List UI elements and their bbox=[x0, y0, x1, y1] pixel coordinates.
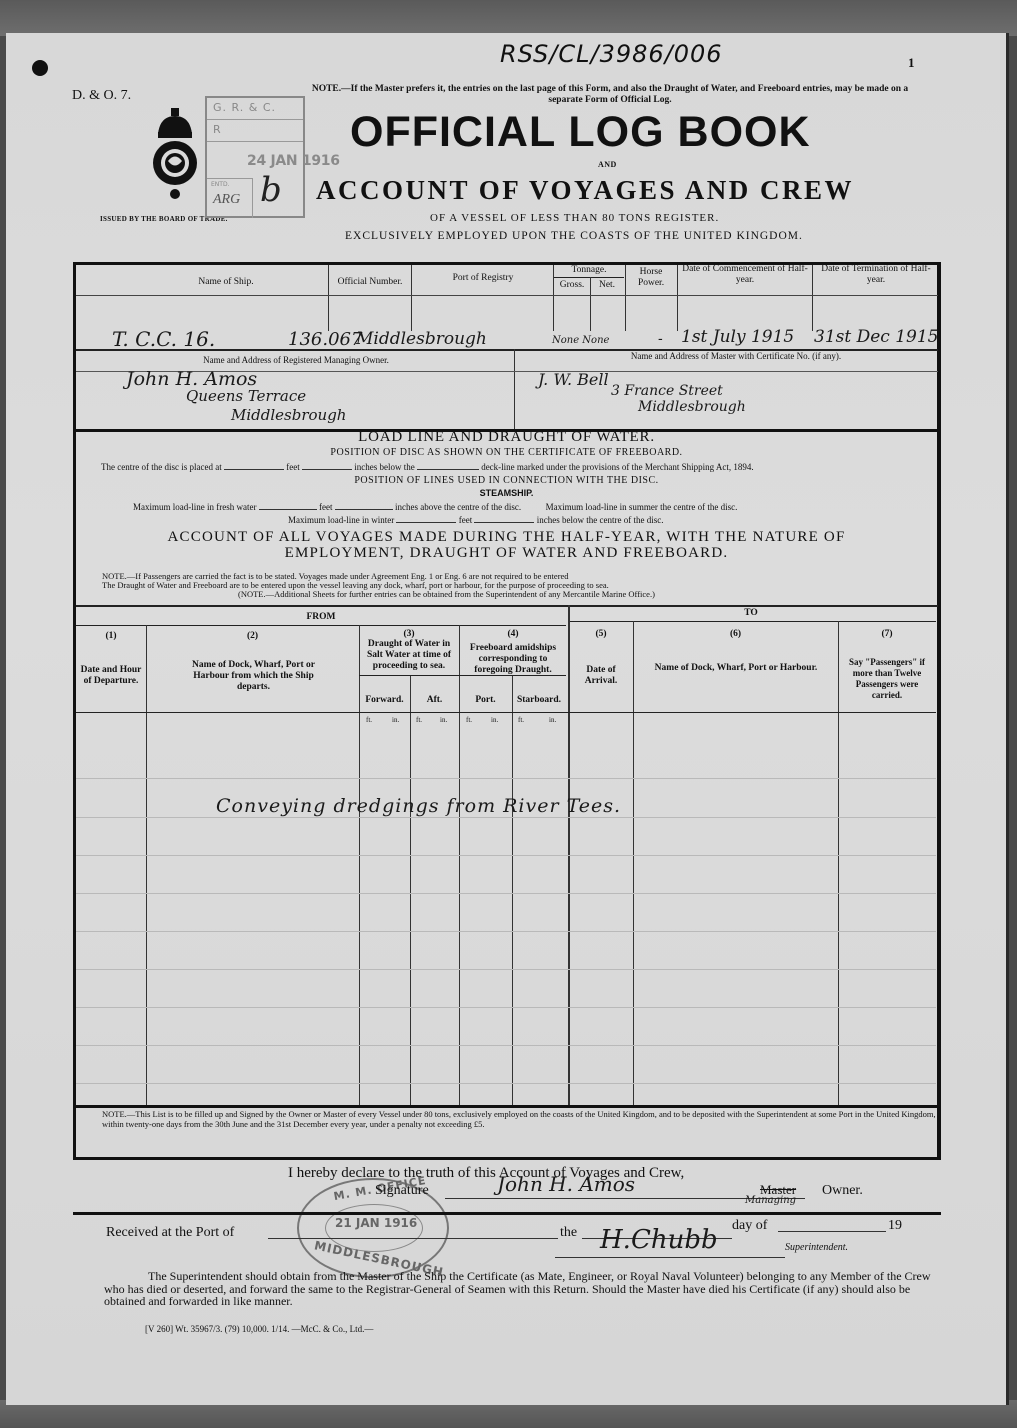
value-tonnage: None None bbox=[552, 335, 609, 346]
subcol-forward: Forward. bbox=[359, 695, 410, 706]
divider bbox=[514, 349, 515, 429]
disc-position-line: The centre of the disc is placed at feet… bbox=[101, 462, 754, 472]
owner-street: Queens Terrace bbox=[186, 387, 306, 405]
divider bbox=[554, 277, 624, 278]
fresh-water-b: feet bbox=[319, 502, 333, 512]
steamship-heading: STEAMSHIP. bbox=[76, 488, 937, 498]
unit-in: in. bbox=[549, 716, 556, 724]
superintendent-line bbox=[555, 1257, 785, 1258]
the-label: the bbox=[560, 1225, 577, 1241]
col6-number: (6) bbox=[633, 629, 838, 640]
divider bbox=[633, 621, 634, 1105]
header-net: Net. bbox=[590, 280, 624, 291]
lines-heading: POSITION OF LINES USED IN CONNECTION WIT… bbox=[76, 475, 937, 486]
ruled-line bbox=[76, 1007, 936, 1008]
divider bbox=[677, 265, 678, 331]
value-date-termination: 31st Dec 1915 bbox=[814, 327, 938, 347]
header-date-termination: Date of Termination of Half-year. bbox=[816, 264, 936, 286]
fresh-water-c: inches above the centre of the disc. bbox=[395, 502, 521, 512]
stamp-row-2: R bbox=[207, 120, 303, 142]
header-port-of-registry: Port of Registry bbox=[413, 273, 553, 284]
port-blank bbox=[268, 1238, 558, 1239]
ruled-line bbox=[76, 817, 936, 818]
title-vessel-size: OF A VESSEL OF LESS THAN 80 TONS REGISTE… bbox=[430, 212, 719, 224]
unit-ft: ft. bbox=[366, 716, 372, 724]
winter-b: feet bbox=[459, 515, 473, 525]
subcol-port: Port. bbox=[459, 695, 512, 706]
divider bbox=[410, 675, 411, 1105]
winter-inches-blank bbox=[474, 522, 534, 523]
winter-line: Maximum load-line in winter feet inches … bbox=[288, 515, 663, 525]
divider bbox=[146, 625, 147, 1105]
disc-deck-blank bbox=[417, 469, 479, 470]
divider bbox=[76, 605, 938, 607]
col7-label: Say "Passengers" if more than Twelve Pas… bbox=[840, 657, 934, 701]
disc-heading: POSITION OF DISC AS SHOWN ON THE CERTIFI… bbox=[76, 447, 937, 458]
royal-crest-icon bbox=[150, 108, 200, 204]
winter-c: inches below the centre of the disc. bbox=[537, 515, 664, 525]
ruled-line bbox=[76, 1083, 936, 1084]
col3-label: Draught of Water in Salt Water at time o… bbox=[362, 639, 456, 672]
handwritten-initial-mark: b bbox=[260, 170, 282, 210]
fresh-water-d: Maximum load-line in summer the centre o… bbox=[546, 502, 738, 512]
owner-label: Name and Address of Registered Managing … bbox=[116, 355, 476, 366]
divider bbox=[359, 675, 566, 676]
disc-inches-blank bbox=[302, 469, 352, 470]
month-blank bbox=[778, 1231, 886, 1232]
scan-backdrop-top bbox=[0, 0, 1017, 36]
subcol-starboard: Starboard. bbox=[512, 695, 566, 706]
printer-imprint: [V 260] Wt. 35967/3. (79) 10,000. 1/14. … bbox=[145, 1324, 373, 1334]
unit-ft: ft. bbox=[518, 716, 524, 724]
master-town: Middlesbrough bbox=[638, 399, 746, 415]
year-prefix: 19 bbox=[888, 1218, 902, 1234]
ruled-line bbox=[76, 969, 936, 970]
divider bbox=[812, 265, 813, 331]
signature-label: Signature bbox=[375, 1183, 429, 1199]
load-line-title: LOAD LINE AND DRAUGHT OF WATER. bbox=[76, 429, 937, 446]
fresh-feet-blank bbox=[259, 509, 317, 510]
divider bbox=[76, 1105, 938, 1108]
from-label: FROM bbox=[76, 612, 566, 623]
page-title: OFFICIAL LOG BOOK bbox=[350, 108, 811, 157]
disc-text-a: The centre of the disc is placed at bbox=[101, 462, 222, 472]
owner-signature: John H. Amos bbox=[497, 1172, 635, 1196]
col2-label: Name of Dock, Wharf, Port or Harbour fro… bbox=[176, 660, 331, 693]
value-name-of-ship: T. C.C. 16. bbox=[112, 327, 215, 351]
owner-role-label: Owner. bbox=[822, 1183, 863, 1199]
divider bbox=[411, 265, 412, 331]
fresh-water-line: Maximum load-line in fresh water feet in… bbox=[133, 502, 737, 512]
disc-feet-blank bbox=[224, 469, 284, 470]
page-number: 1 bbox=[908, 55, 915, 71]
col5-number: (5) bbox=[570, 629, 632, 640]
value-port-of-registry: Middlesbrough bbox=[356, 329, 487, 349]
unit-ft: ft. bbox=[466, 716, 472, 724]
divider bbox=[838, 621, 839, 1105]
day-of-label: day of bbox=[732, 1218, 767, 1234]
reference-number: RSS/CL/3986/006 bbox=[500, 40, 723, 68]
master-name: J. W. Bell bbox=[538, 370, 609, 389]
disc-text-d: deck-line marked under the provisions of… bbox=[481, 462, 753, 472]
divider bbox=[328, 265, 329, 331]
divider bbox=[76, 712, 936, 713]
role-inserted: Managing bbox=[745, 1195, 796, 1206]
col6-label: Name of Dock, Wharf, Port or Harbour. bbox=[651, 663, 821, 674]
header-official-number: Official Number. bbox=[330, 277, 410, 288]
fresh-water-a: Maximum load-line in fresh water bbox=[133, 502, 256, 512]
stamp-entd-label: ENTD. bbox=[211, 181, 229, 188]
ruled-line bbox=[76, 931, 936, 932]
value-official-number: 136.067 bbox=[288, 329, 362, 350]
unit-in: in. bbox=[392, 716, 399, 724]
title-employment: EXCLUSIVELY EMPLOYED UPON THE COASTS OF … bbox=[345, 230, 803, 242]
col7-number: (7) bbox=[838, 629, 936, 640]
unit-in: in. bbox=[491, 716, 498, 724]
form-code: D. & O. 7. bbox=[72, 88, 131, 104]
value-date-commencement: 1st July 1915 bbox=[681, 327, 794, 347]
master-street: 3 France Street bbox=[611, 383, 723, 399]
received-label: Received at the Port of bbox=[106, 1225, 234, 1240]
divider bbox=[625, 265, 626, 331]
footer-note: NOTE.—This List is to be filled up and S… bbox=[102, 1110, 942, 1129]
unit-ft: ft. bbox=[416, 716, 422, 724]
ruled-line bbox=[76, 855, 936, 856]
disc-text-b: feet bbox=[286, 462, 300, 472]
col1-label: Date and Hour of Departure. bbox=[80, 665, 142, 687]
disc-text-c: inches below the bbox=[354, 462, 414, 472]
stamp-row-1: G. R. & C. bbox=[207, 98, 303, 120]
header-gross: Gross. bbox=[554, 280, 590, 291]
top-note: NOTE.—If the Master prefers it, the entr… bbox=[300, 84, 920, 106]
owner-town: Middlesbrough bbox=[231, 406, 346, 424]
ruled-line bbox=[76, 893, 936, 894]
col5-label: Date of Arrival. bbox=[570, 665, 632, 687]
col1-number: (1) bbox=[76, 631, 146, 642]
winter-a: Maximum load-line in winter bbox=[288, 515, 394, 525]
voyages-title-line1: ACCOUNT OF ALL VOYAGES MADE DURING THE H… bbox=[76, 529, 937, 546]
col4-label: Freeboard amidships corresponding to for… bbox=[462, 643, 564, 676]
unit-in: in. bbox=[440, 716, 447, 724]
divider bbox=[76, 625, 566, 626]
voyage-entry: Conveying dredgings from River Tees. bbox=[216, 795, 621, 817]
col2-number: (2) bbox=[146, 631, 359, 642]
to-label: TO bbox=[570, 608, 932, 619]
header-tonnage: Tonnage. bbox=[554, 265, 624, 276]
page-subtitle: ACCOUNT OF VOYAGES AND CREW bbox=[316, 175, 854, 206]
subcol-aft: Aft. bbox=[410, 695, 459, 706]
winter-feet-blank bbox=[396, 522, 456, 523]
master-label: Name and Address of Master with Certific… bbox=[546, 351, 926, 362]
stamp-initials: ARG bbox=[213, 192, 240, 208]
superintendent-label: Superintendent. bbox=[785, 1242, 848, 1253]
ruled-line bbox=[76, 1045, 936, 1046]
title-and: AND bbox=[598, 160, 617, 169]
superintendent-instruction: The Superintendent should obtain from th… bbox=[104, 1270, 940, 1308]
header-horse-power: Horse Power. bbox=[628, 267, 674, 289]
signature-box-bottom-border bbox=[73, 1212, 941, 1215]
header-name-of-ship: Name of Ship. bbox=[136, 277, 316, 288]
col4-number: (4) bbox=[459, 629, 567, 640]
fresh-inches-blank bbox=[335, 509, 393, 510]
value-horse-power: - bbox=[658, 331, 663, 347]
divider bbox=[76, 295, 938, 296]
stamp-date: 24 JAN 1916 bbox=[247, 153, 340, 169]
main-form-table: Name of Ship. Official Number. Port of R… bbox=[73, 262, 941, 1160]
divider bbox=[570, 621, 936, 622]
superintendent-signature: H.Chubb bbox=[600, 1225, 718, 1255]
punch-hole bbox=[32, 60, 48, 76]
voyages-title-line2: EMPLOYMENT, DRAUGHT OF WATER AND FREEBOA… bbox=[76, 545, 937, 562]
divider bbox=[512, 675, 513, 1105]
voyages-note-3: (NOTE.—Additional Sheets for further ent… bbox=[238, 589, 655, 599]
received-at-port-row: Received at the Port of bbox=[106, 1225, 234, 1241]
received-date-stamp: G. R. & C. R 24 JAN 1916 ENTD. ARG bbox=[205, 96, 305, 218]
mm-stamp-date: 21 JAN 1916 bbox=[335, 1216, 417, 1230]
header-date-commencement: Date of Commencement of Half-year. bbox=[680, 264, 810, 286]
ruled-line bbox=[76, 778, 936, 779]
